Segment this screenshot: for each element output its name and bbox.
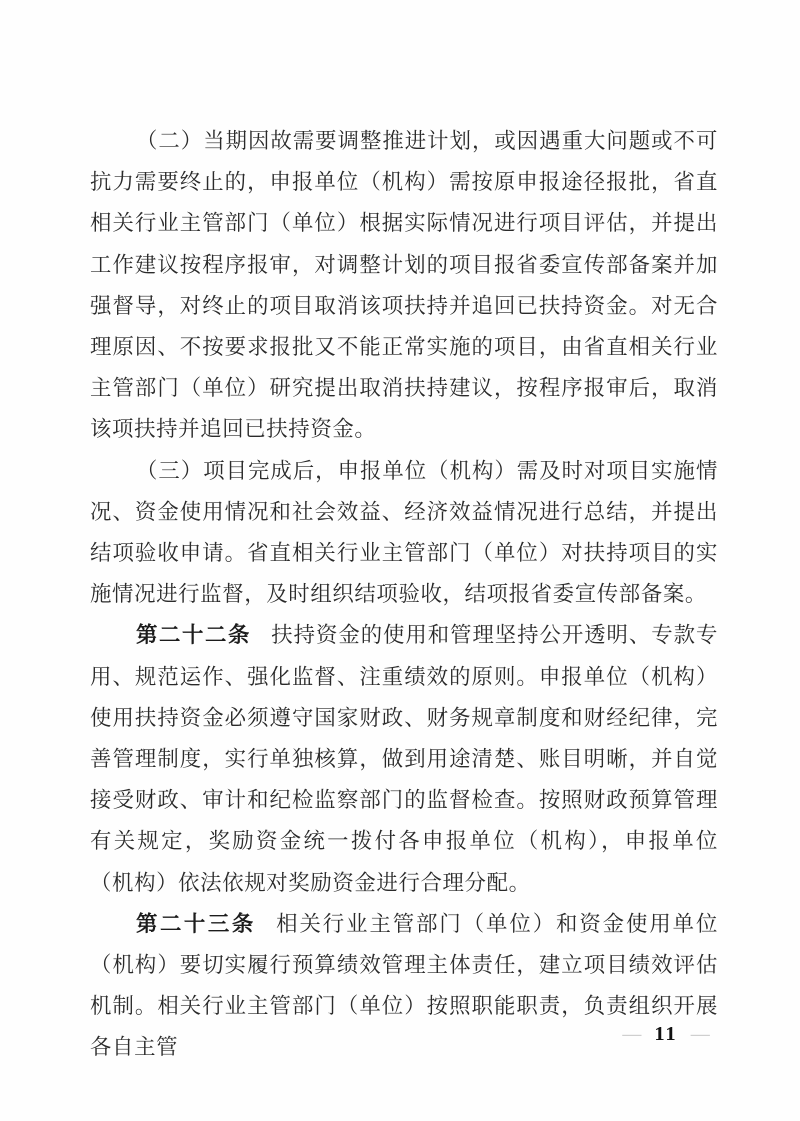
- paragraph: （二）当期因故需要调整推进计划，或因遇重大问题或不可抗力需要终止的，申报单位（机…: [90, 121, 718, 451]
- paragraph: （三）项目完成后，申报单位（机构）需及时对项目实施情况、资金使用情况和社会效益、…: [90, 451, 718, 616]
- page-number-dash-right: —: [691, 1026, 710, 1041]
- document-page: （二）当期因故需要调整推进计划，或因遇重大问题或不可抗力需要终止的，申报单位（机…: [0, 0, 800, 1121]
- paragraph-text: 扶持资金的使用和管理坚持公开透明、专款专用、规范运作、强化监督、注重绩效的原则。…: [90, 623, 718, 894]
- paragraph: 第二十二条扶持资金的使用和管理坚持公开透明、专款专用、规范运作、强化监督、注重绩…: [90, 615, 718, 903]
- paragraph-text: （二）当期因故需要调整推进计划，或因遇重大问题或不可抗力需要终止的，申报单位（机…: [90, 129, 718, 441]
- article-number: 第二十二条: [136, 623, 251, 647]
- document-body: （二）当期因故需要调整推进计划，或因遇重大问题或不可抗力需要终止的，申报单位（机…: [90, 121, 718, 1069]
- page-number-dash-left: —: [622, 1026, 641, 1041]
- paragraph-text: （三）项目完成后，申报单位（机构）需及时对项目实施情况、资金使用情况和社会效益、…: [90, 459, 718, 607]
- page-number-value: 11: [654, 1023, 677, 1046]
- article-number: 第二十三条: [136, 912, 256, 936]
- page-number: — 11 —: [598, 1020, 734, 1048]
